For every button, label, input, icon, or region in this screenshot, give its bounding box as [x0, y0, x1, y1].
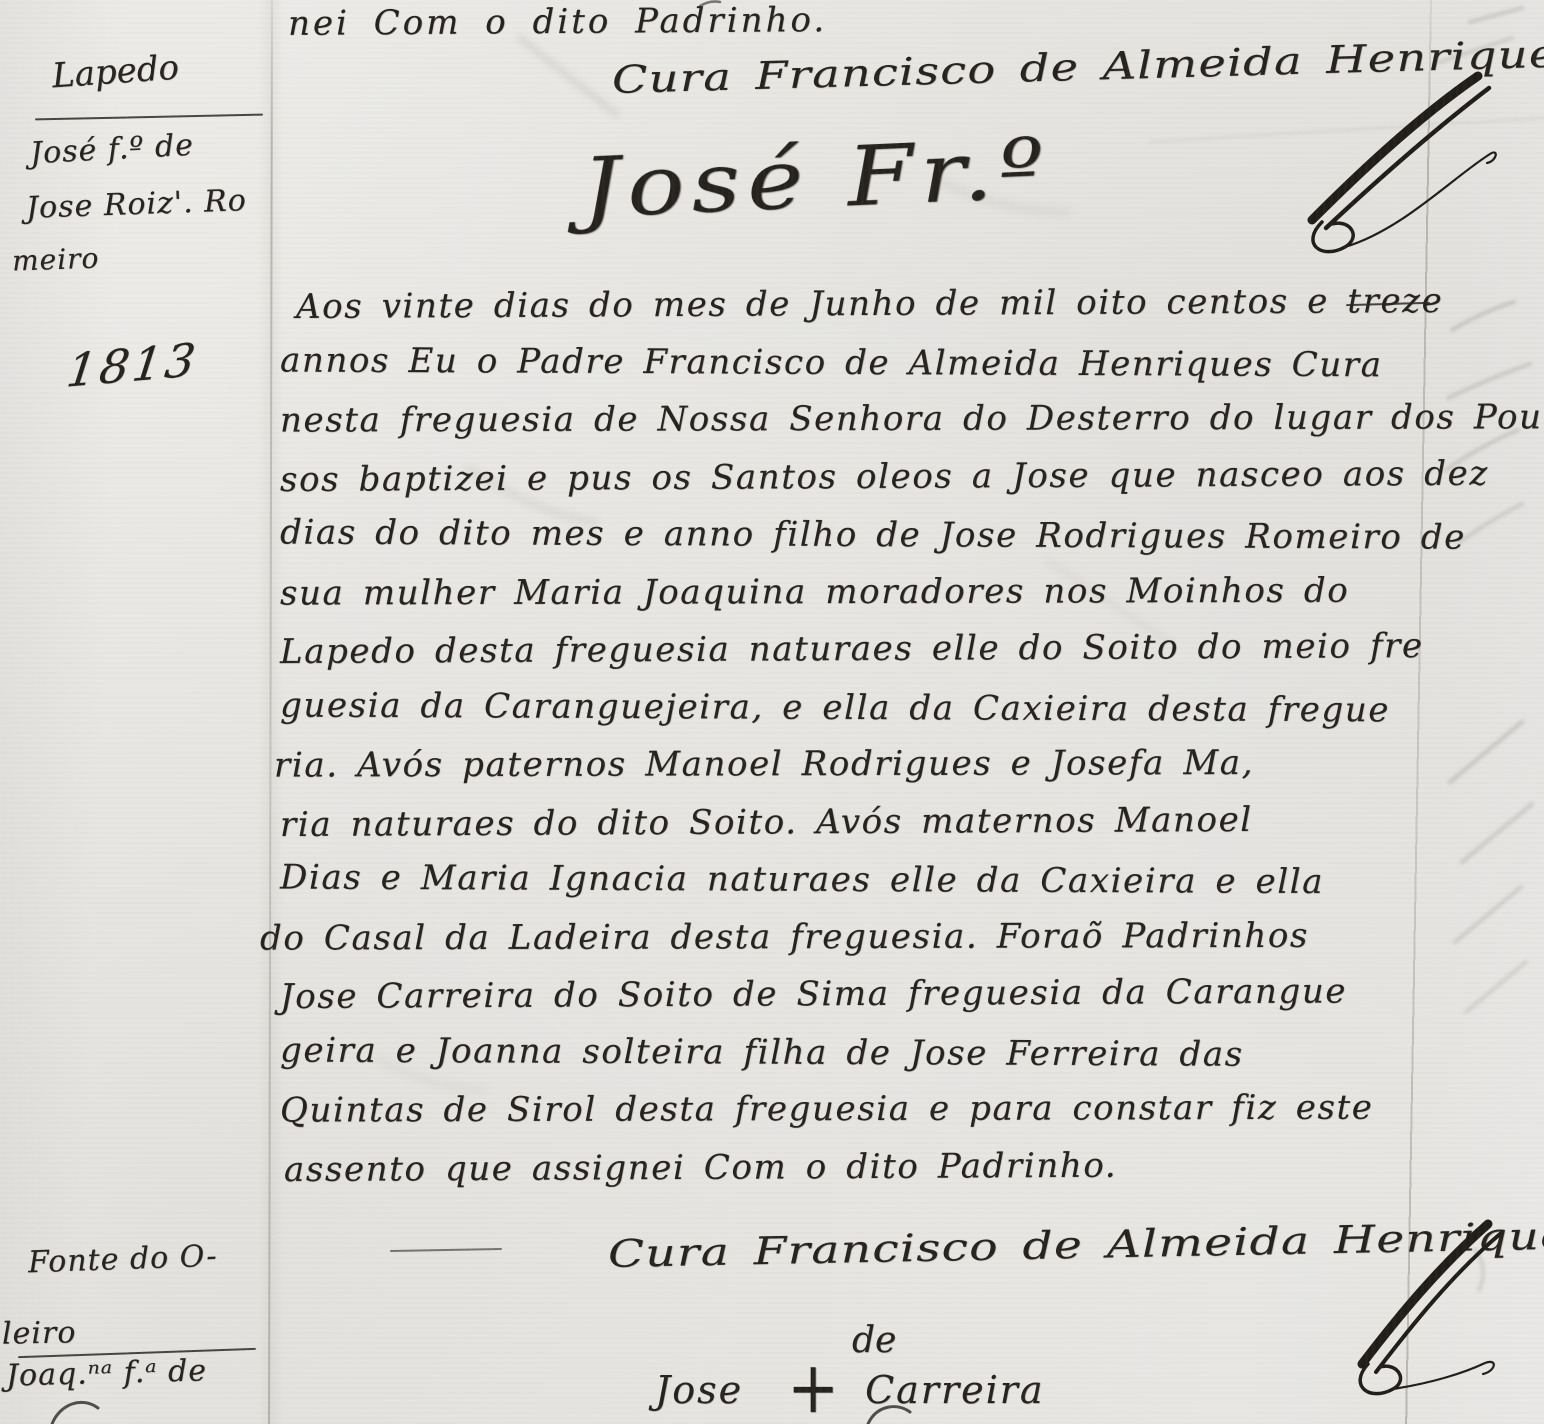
priest-signature-top: Cura Francisco de Almeida Henriques: [611, 31, 1544, 102]
record-line: dias do dito mes e anno filho de Jose Ro…: [280, 512, 1440, 575]
previous-record-closing: nei Com o dito Padrinho.: [288, 0, 827, 44]
margin-next-child-line: Joaq.ⁿᵃ f.ᵃ de: [6, 1353, 208, 1393]
record-line: Dias e Maria Ignacia naturaes elle da Ca…: [280, 857, 1440, 920]
record-body: Aos vinte dias do mes de Junho de mil oi…: [280, 284, 1440, 1204]
godfather-last-name: Carreira: [865, 1368, 1045, 1412]
record-line: ria. Avós paternos Manoel Rodrigues e Jo…: [274, 742, 1440, 803]
margin-underline: [35, 114, 263, 121]
record-line: annos Eu o Padre Francisco de Almeida He…: [280, 340, 1440, 403]
manuscript-page: Lapedo José f.º de Jose Roiz'. Ro meiro …: [0, 0, 1544, 1424]
godfather-signature: Jose + Carreira: [655, 1368, 1045, 1412]
signature-rubric-top: [1292, 58, 1502, 268]
margin-next-place-line1: Fonte do O-: [27, 1239, 218, 1281]
record-line: do Casal da Ladeira desta freguesia. For…: [260, 915, 1440, 976]
line-filler-stroke: [390, 1248, 502, 1252]
margin-child-line1: José f.º de: [29, 128, 195, 172]
record-line: geira e Joanna solteira filha de Jose Fe…: [280, 1030, 1440, 1093]
priest-signature-bottom: Cura Francisco de Almeida Henriques: [608, 1213, 1544, 1276]
record-line: nesta freguesia de Nossa Senhora do Dest…: [280, 397, 1440, 458]
record-line: Jose Carreira do Soito de Sima freguesia…: [280, 971, 1440, 1035]
margin-year: 1813: [64, 332, 202, 397]
record-title: José Fr.º: [580, 122, 1053, 237]
record-line: Aos vinte dias do mes de Junho de mil oi…: [296, 281, 1440, 344]
margin-child-line3: meiro: [11, 241, 99, 277]
record-line: guesia da Caranguejeira, e ella da Caxie…: [280, 685, 1440, 748]
margin-place-name: Lapedo: [51, 48, 180, 97]
margin-child-line2: Jose Roiz'. Ro: [25, 183, 247, 226]
record-line: ria naturaes do dito Soito. Avós materno…: [280, 798, 1440, 862]
signature-connector: de: [852, 1320, 896, 1361]
record-line: assento que assignei Com o dito Padrinho…: [284, 1143, 1440, 1207]
godfather-first-name: Jose: [655, 1368, 743, 1412]
record-line: sos baptizei e pus os Santos oleos a Jos…: [280, 453, 1440, 517]
record-line: Quintas de Sirol desta freguesia e para …: [280, 1087, 1440, 1148]
record-line: sua mulher Maria Joaquina moradores nos …: [280, 570, 1440, 631]
record-line: Lapedo desta freguesia naturaes elle do …: [280, 626, 1440, 690]
margin-next-place-line2: leiro: [2, 1315, 77, 1351]
